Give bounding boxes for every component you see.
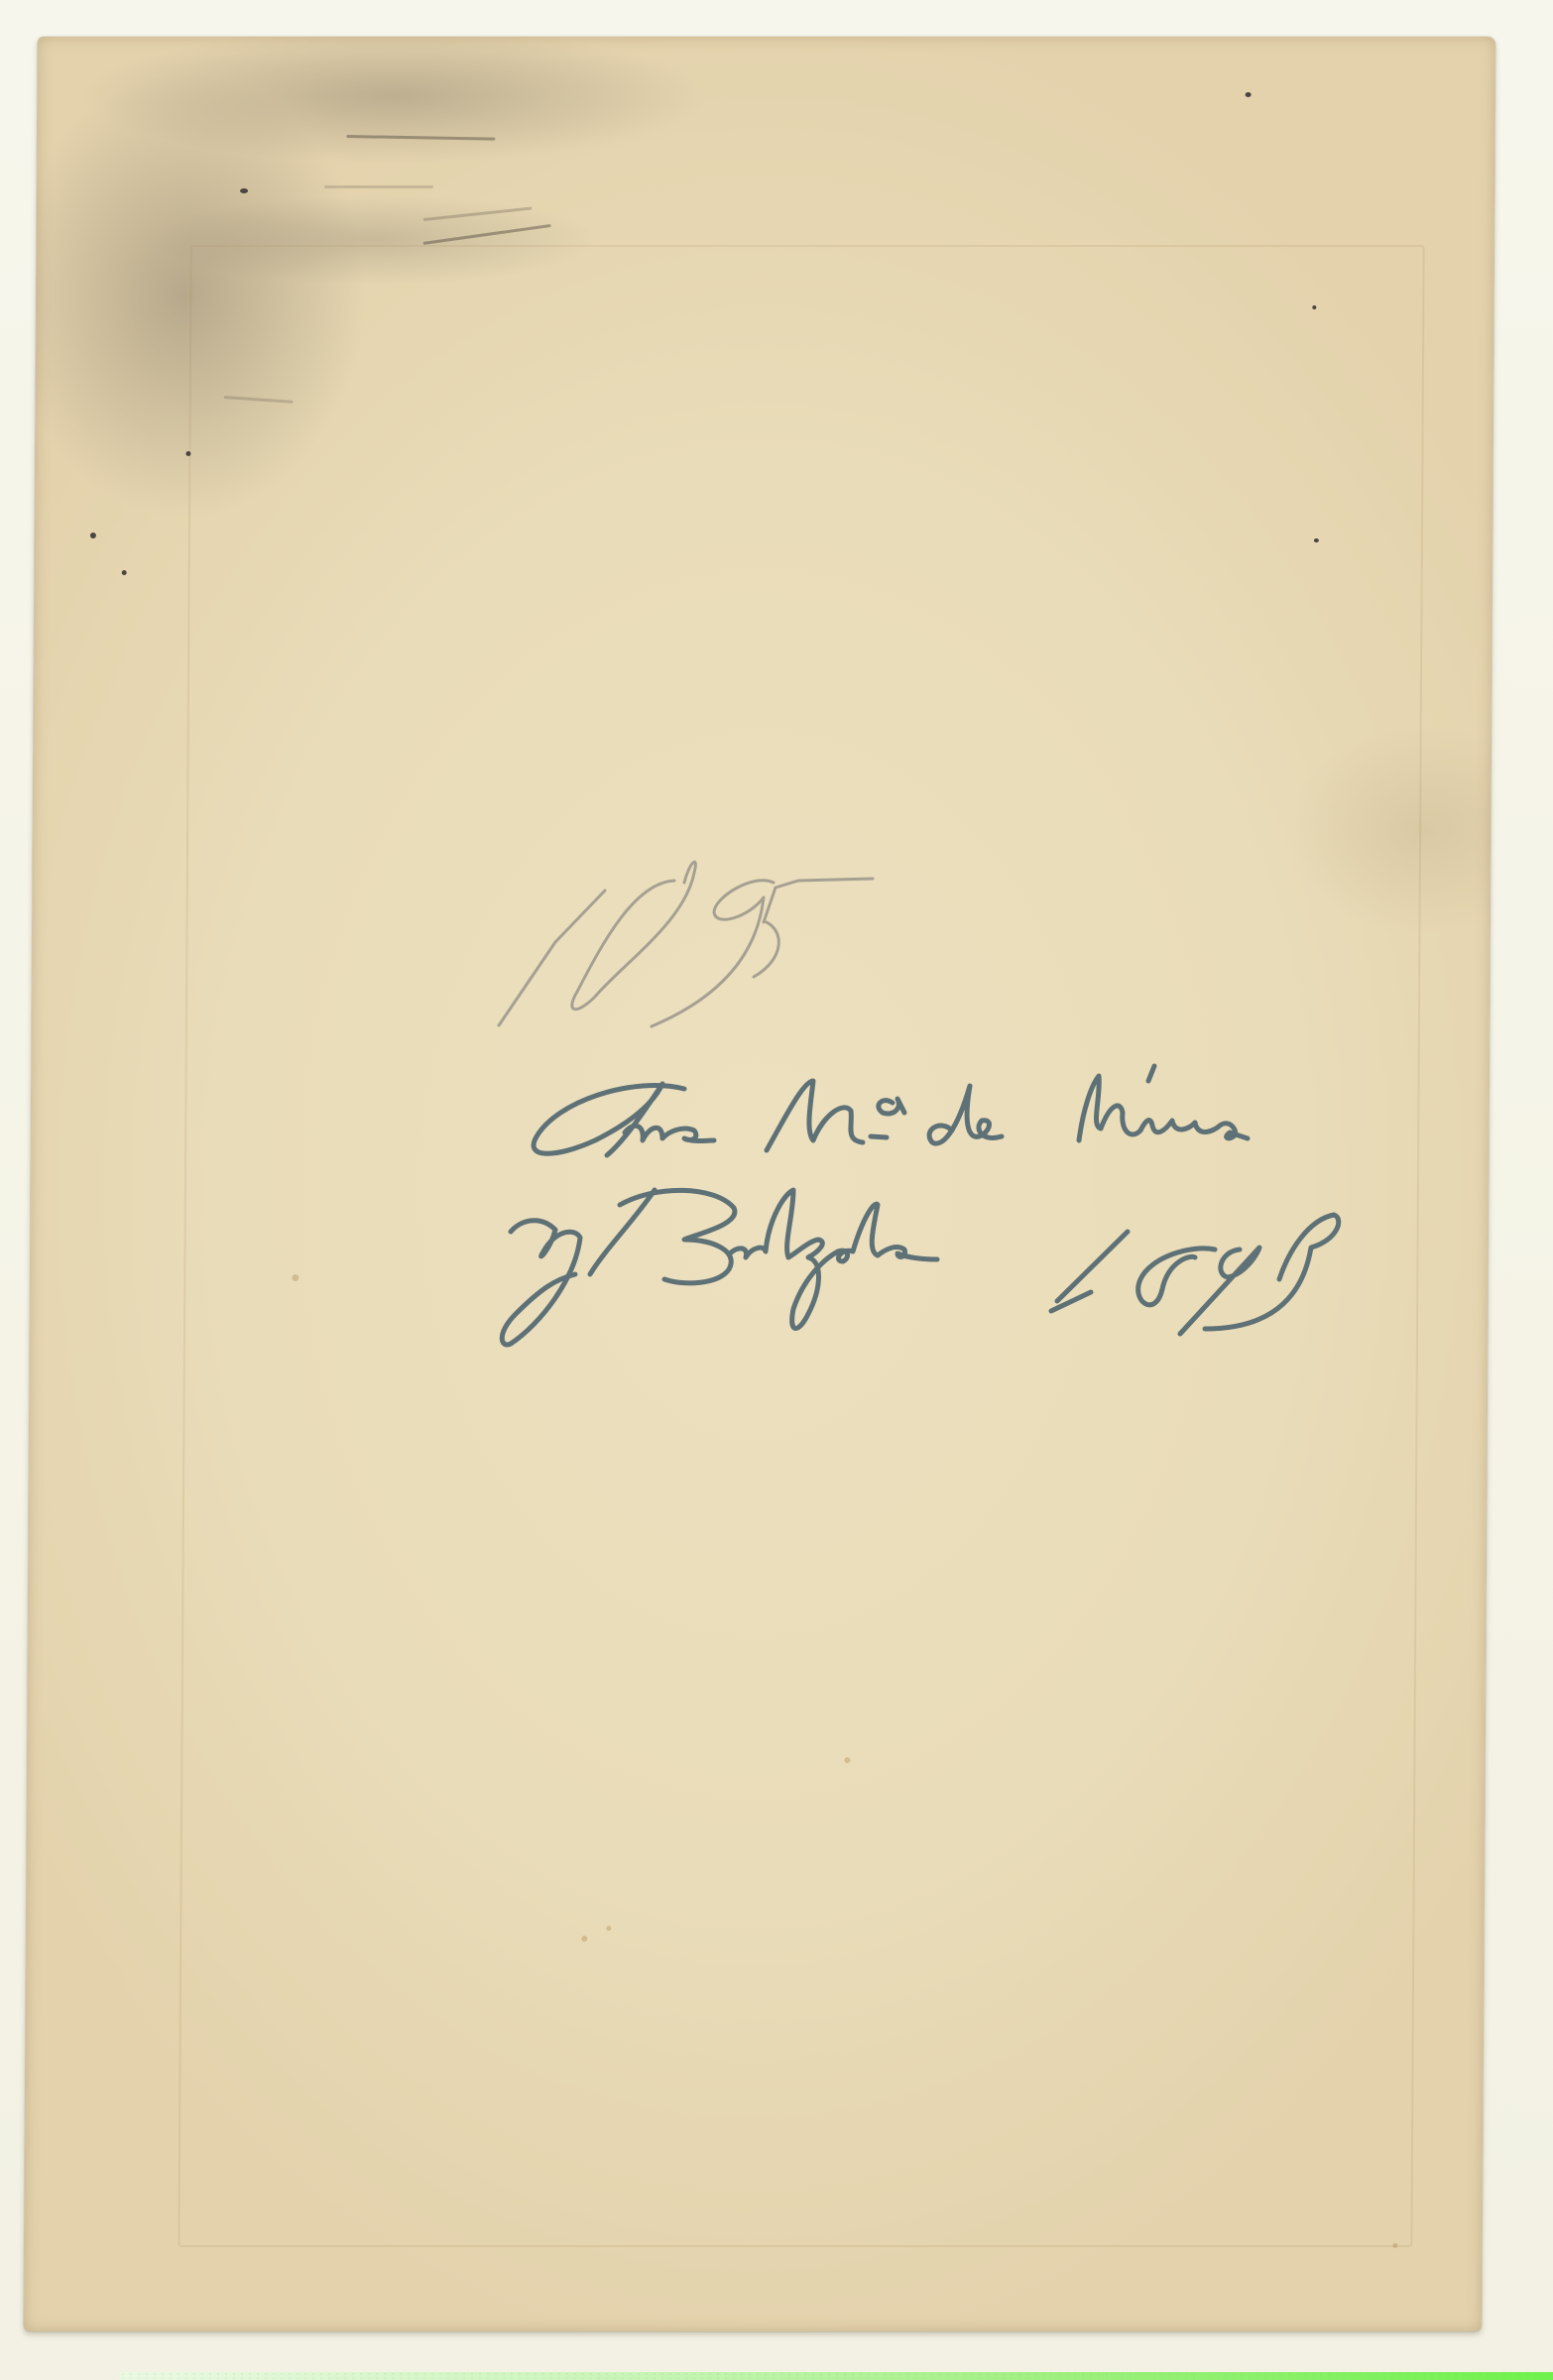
cabinet-card-back xyxy=(24,37,1495,2331)
speck xyxy=(185,451,190,456)
scuff-mark xyxy=(423,207,533,221)
foxing-stain xyxy=(1392,2243,1397,2248)
speck xyxy=(122,570,127,575)
speck xyxy=(1312,305,1316,309)
scuff-mark xyxy=(346,135,495,141)
scuff-mark xyxy=(324,185,433,188)
foxing-stain xyxy=(292,1274,299,1281)
foxing-stain xyxy=(581,1936,587,1942)
color-calibration-strip xyxy=(119,2372,1553,2380)
speck xyxy=(1246,92,1252,97)
scuff-mark xyxy=(423,224,551,245)
scuff-mark xyxy=(224,396,294,404)
foxing-stain xyxy=(844,1757,850,1763)
speck xyxy=(90,533,96,538)
speck xyxy=(240,188,248,193)
foxing-stain xyxy=(606,1926,611,1931)
speck xyxy=(1314,538,1319,542)
